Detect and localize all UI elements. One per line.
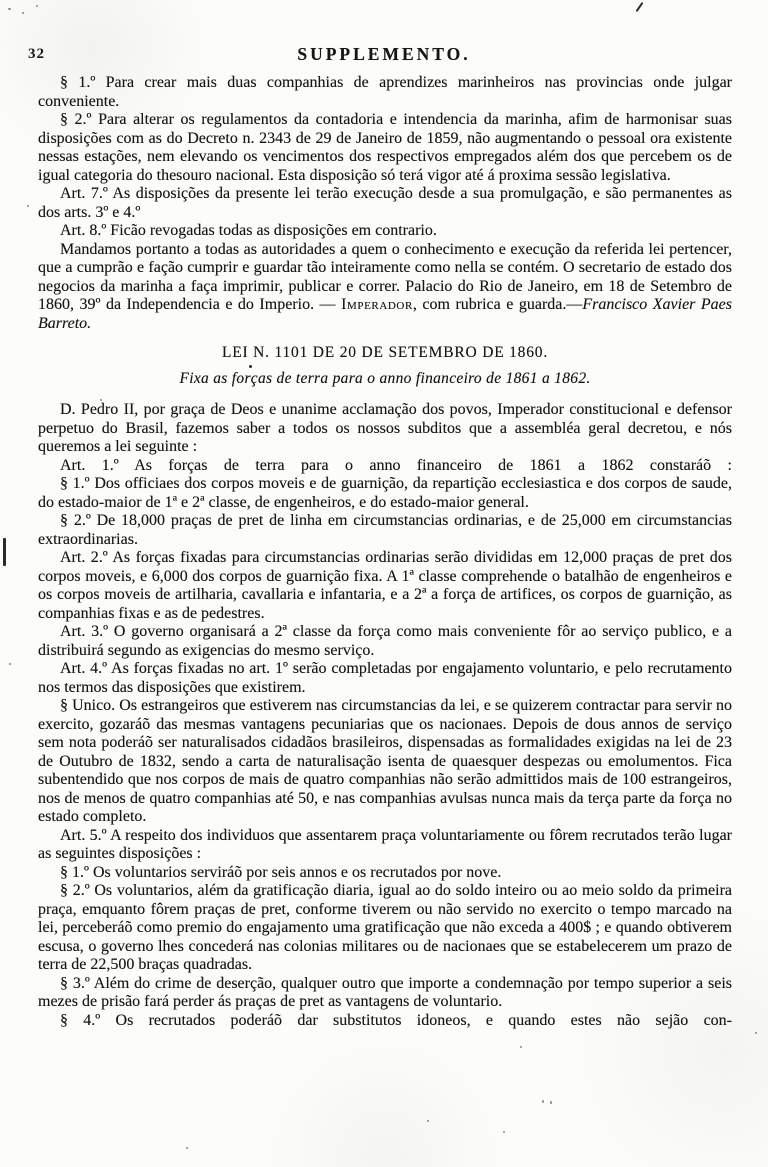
paragraph: Art. 5.º A respeito dos individuos que a… (38, 827, 732, 864)
paragraph: D. Pedro II, por graça de Deos e unanime… (38, 401, 732, 457)
smallcaps-text: Imperador (341, 296, 413, 313)
scan-artifact (36, 5, 38, 7)
page-header-title: SUPPLEMENTO. (0, 44, 768, 65)
paragraph: § 2.º Os voluntarios, além da gratificaç… (38, 882, 732, 975)
paragraph: Mandamos portanto a todas as autoridades… (38, 241, 732, 334)
law-title: LEI N. 1101 DE 20 DE SETEMBRO DE 1860. (38, 344, 732, 363)
text-run: , com rubrica e guarda.— (413, 296, 582, 313)
scan-artifact (186, 1147, 188, 1149)
scan-artifact (550, 1101, 552, 1104)
document-body: § 1.º Para crear mais duas companhias de… (38, 74, 732, 1030)
paragraph: § 2.º Para alterar os regulamentos da co… (38, 111, 732, 185)
paragraph: Art. 1.º As forças de terra para o anno … (38, 457, 732, 476)
paragraph: Art. 4.º As forças fixadas no art. 1º se… (38, 660, 732, 697)
paragraph: Art. 3.º O governo organisará a 2ª class… (38, 623, 732, 660)
scan-artifact (8, 8, 11, 10)
paragraph: Art. 2.º As forças fixadas para circumst… (38, 549, 732, 623)
paragraph: Art. 8.º Ficão revogadas todas as dispos… (38, 222, 732, 241)
scan-artifact (22, 12, 24, 14)
paragraph: § 1.º Dos officiaes dos corpos moveis e … (38, 475, 732, 512)
scan-artifact (755, 1032, 757, 1034)
paragraph: § 1.º Para crear mais duas companhias de… (38, 74, 732, 111)
paragraph: § Unico. Os estrangeiros que estiverem n… (38, 697, 732, 827)
scan-artifact (503, 1131, 505, 1133)
scan-artifact (3, 538, 6, 566)
paragraph: Art. 7.º As disposições da presente lei … (38, 185, 732, 222)
paragraph: § 4.º Os recrutados poderáõ dar substitu… (38, 1012, 732, 1031)
scan-artifact (542, 1100, 544, 1103)
law-subtitle: Fixa as forças de terra para o anno fina… (38, 370, 732, 389)
scan-artifact (27, 205, 29, 207)
paragraph: § 1.º Os voluntarios serviráõ por seis a… (38, 864, 732, 883)
scan-artifact (636, 2, 644, 12)
scan-artifact (520, 1046, 522, 1048)
scanned-document-page: 32 SUPPLEMENTO. § 1.º Para crear mais du… (0, 0, 768, 1167)
scan-artifact (9, 663, 11, 665)
scan-artifact (427, 1120, 429, 1122)
paragraph: § 2.º De 18,000 praças de pret de linha … (38, 512, 732, 549)
paragraph: § 3.º Além do crime de deserção, qualque… (38, 975, 732, 1012)
